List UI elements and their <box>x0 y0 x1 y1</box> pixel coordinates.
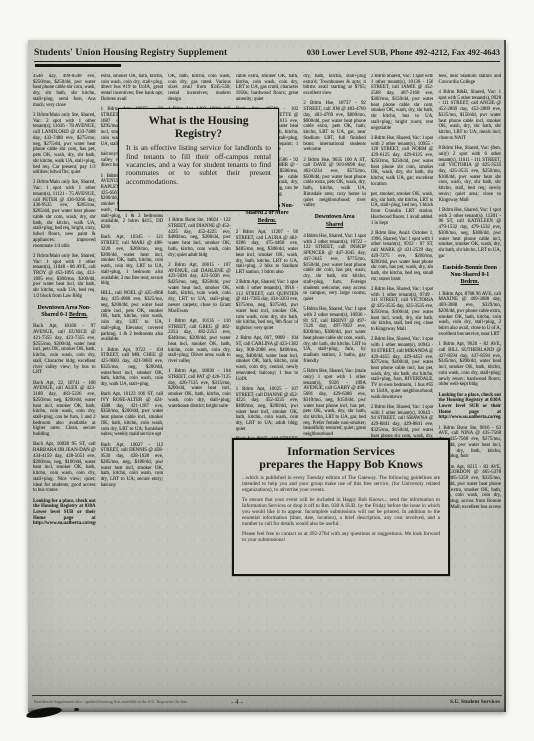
classified-listing: Bach Apt, 10160 - 97 AVENUE, call EUNICE… <box>33 324 96 376</box>
classified-listing: 1 Bdrm Apt, 10830 - 104 STREET, call PAT… <box>168 369 231 409</box>
info-box-title-line2: prepares the Happy Bob Knows <box>242 458 440 471</box>
column: 2 Bdrm Shared, Vac: 1 spot with 1 other … <box>371 74 434 692</box>
classified-listing: Bach Apt, 10027 - 112 STREET, call DENNI… <box>101 443 164 489</box>
classified-listing: 4 Bdrm R&B, Shared, Vac: 1 spot with 5 o… <box>438 90 501 142</box>
registry-notice: Looking for a place, check out the Housi… <box>33 499 96 528</box>
masthead: Students' Union Housing Registry Supplem… <box>34 47 500 62</box>
section-header: Eastside-Bonnie Doon Non-Shared 0-1 Bedr… <box>441 265 498 287</box>
classified-listing: 1 Bdrm Apt, 9620 - 82 AVE, call BILL SUT… <box>438 342 501 388</box>
classified-listing: 2 Bdrm Apt, 10615 - 107 AVENUE, call DAR… <box>168 263 231 315</box>
footer-credit: S.U. Student Services <box>243 699 500 705</box>
classified-listing: 3 Bdrm/Main only Ste, Shared, Vac: 2 spo… <box>33 113 96 176</box>
classified-listing: cable extra, smoker OK, bath, kitchn, co… <box>236 74 299 103</box>
classified-listing: 5 Bdrm Hse, Shared, Vac: (male only) 1 s… <box>303 369 366 438</box>
classified-listing: 2 Bdrm Hse, Shared, Vac: 1 spot with 1 o… <box>371 287 434 333</box>
classified-listing: 2 Bdrm/Main only Ste, Shared, Vac: 1 spo… <box>33 254 96 300</box>
classified-listing: 1 Bdrm Apt, 8768 96 AVE, call MAXINE @ 4… <box>438 292 501 338</box>
page-number: - 4 - <box>231 698 243 706</box>
classified-listing: 1 Bdrm Apt, 10135 - 116 STREET, call GRE… <box>168 319 231 365</box>
column: dry, bath, kitchn, stall+plug extra'd; T… <box>303 74 366 692</box>
classified-listing: 8 Bdrm Hse, Shared, Vac: (fem. only) 2 s… <box>438 146 501 203</box>
column: fees, near Stadium station and Concordia… <box>438 74 501 692</box>
classified-listing: 2 Bdrm Apt, 11207 - 60 STREET, call LAUR… <box>236 230 299 276</box>
classified-listing: 2 Bdrm Hse, 9635 100 A ST, call DAVE @ 9… <box>303 158 366 210</box>
info-box-paragraph: ...which is published in every Tuesday e… <box>242 475 440 493</box>
classified-listing: extra, smoker OK, bath, kitchn, coin was… <box>101 74 164 103</box>
classified-listing: dry, bath, kitchn, stall+plug extra'd; T… <box>303 74 366 97</box>
classified-listing: fees, near Stadium station and Concordia… <box>438 74 501 85</box>
classified-listing: 2 Bdrm/Main only Ste, Shared, Vac: 1 spo… <box>33 180 96 249</box>
registry-box-title: What is the Housing Registry? <box>132 115 265 141</box>
classified-listing: 1 Bdrm Apt, 9722 - 104 STREET, call MR. … <box>101 348 164 388</box>
housing-registry-box: What is the Housing Registry? It is an e… <box>118 108 279 211</box>
classified-listing: 2 Bdrm Hse, 10737 - 92 STREET, call JIM … <box>303 101 366 153</box>
classified-listing: 3 Bdrm Hse, Shared, Vac: 1 spot with 2 o… <box>371 136 434 188</box>
classified-listing: Bach Apt, 10828 95 ST, call BARBARA OR J… <box>33 442 96 494</box>
classified-listing: 2 Bdrm Shared, Vac: 1 spot with 1 other … <box>371 74 434 131</box>
classified-listing: 4548 day, 499-8548 eve, $250/mo, $250/dd… <box>33 74 96 108</box>
classified-listing: 1 Bdrm Hse, Shared, Vac: 1 spot with 2 o… <box>438 208 501 260</box>
ink-dot <box>74 708 79 712</box>
classified-listing: 2 Bdrm Apt, Shared, Vac: 1 spot with 1 o… <box>236 280 299 332</box>
classified-listing: HILL, call NOEL @ 425-4968 day, 425-4968… <box>101 291 164 343</box>
scan-edge-shadow-right <box>504 40 506 712</box>
classified-listing: 4 Bdrm Hse, Shared, Vac: 1 spot with 2 o… <box>303 234 366 303</box>
info-box-title: Information Services prepares the Happy … <box>242 445 440 472</box>
footer-rule <box>32 695 502 696</box>
classified-listing: 5 Bdrm Hse, Shared, Vac: 1 spot with 2 o… <box>303 307 366 364</box>
classified-listing: 2 Bdrm Hse, Avail: October 1, 1996, Shar… <box>371 231 434 283</box>
registry-box-body: It is an effective listing service for l… <box>126 144 271 185</box>
classified-listing: Bach Apt, 10123 106 ST, call IVY ROSE-AL… <box>101 392 164 438</box>
masthead-rule-bar <box>35 64 121 67</box>
column: 4548 day, 499-8548 eve, $250/mo, $250/dd… <box>33 74 96 692</box>
masthead-contact: 030 Lower Level SUB, Phone 492-4212, Fax… <box>307 47 500 57</box>
scan-edge-shadow-bottom <box>28 707 506 712</box>
classified-listing: 1 Bdrm Apt, 10625 - 107 STREET, call DIA… <box>236 387 299 433</box>
classified-listing: Bach Apt, 22, 10741 - 100 AVENUE, call A… <box>33 381 96 438</box>
info-box-paragraph: Please feel free to contact us at 492-27… <box>242 531 440 543</box>
info-box-title-line1: Information Services <box>242 445 440 458</box>
section-header: Downtown Area Shared <box>306 214 363 229</box>
classified-listing: OK, bath, kitchn, coin wash, coin dry, g… <box>168 74 231 103</box>
classified-listing: 2 Bdrm Apt, 807, 9909 - 104 ST, call CAR… <box>236 336 299 382</box>
classified-listing: Bach Apt, 10345 - 121 STREET, call MARJ … <box>101 235 164 287</box>
masthead-title: Students' Union Housing Registry Supplem… <box>34 48 227 58</box>
classified-listing: pet, smoker, smoker OK, wash, dry, shr b… <box>371 192 434 226</box>
info-box-paragraph: To ensure that your event will be includ… <box>242 497 440 527</box>
newspaper-page-scan: Students' Union Housing Registry Supplem… <box>28 40 506 712</box>
footer: Residential Supplement info - updated ho… <box>34 697 500 706</box>
section-header: Downtown Area Non-Shared 0-1 Bedrm. <box>36 305 93 320</box>
information-services-box: Information Services prepares the Happy … <box>232 438 450 576</box>
registry-notice: Looking for a place, check out the Housi… <box>438 393 501 422</box>
classified-listing: 1 Bdrm Bsmt Ste, 10024 - 122 STREET, cal… <box>168 218 231 258</box>
classified-listing: 2 Bdrm Hse, Shared, Vac: 1 spot with 1 o… <box>371 337 434 400</box>
